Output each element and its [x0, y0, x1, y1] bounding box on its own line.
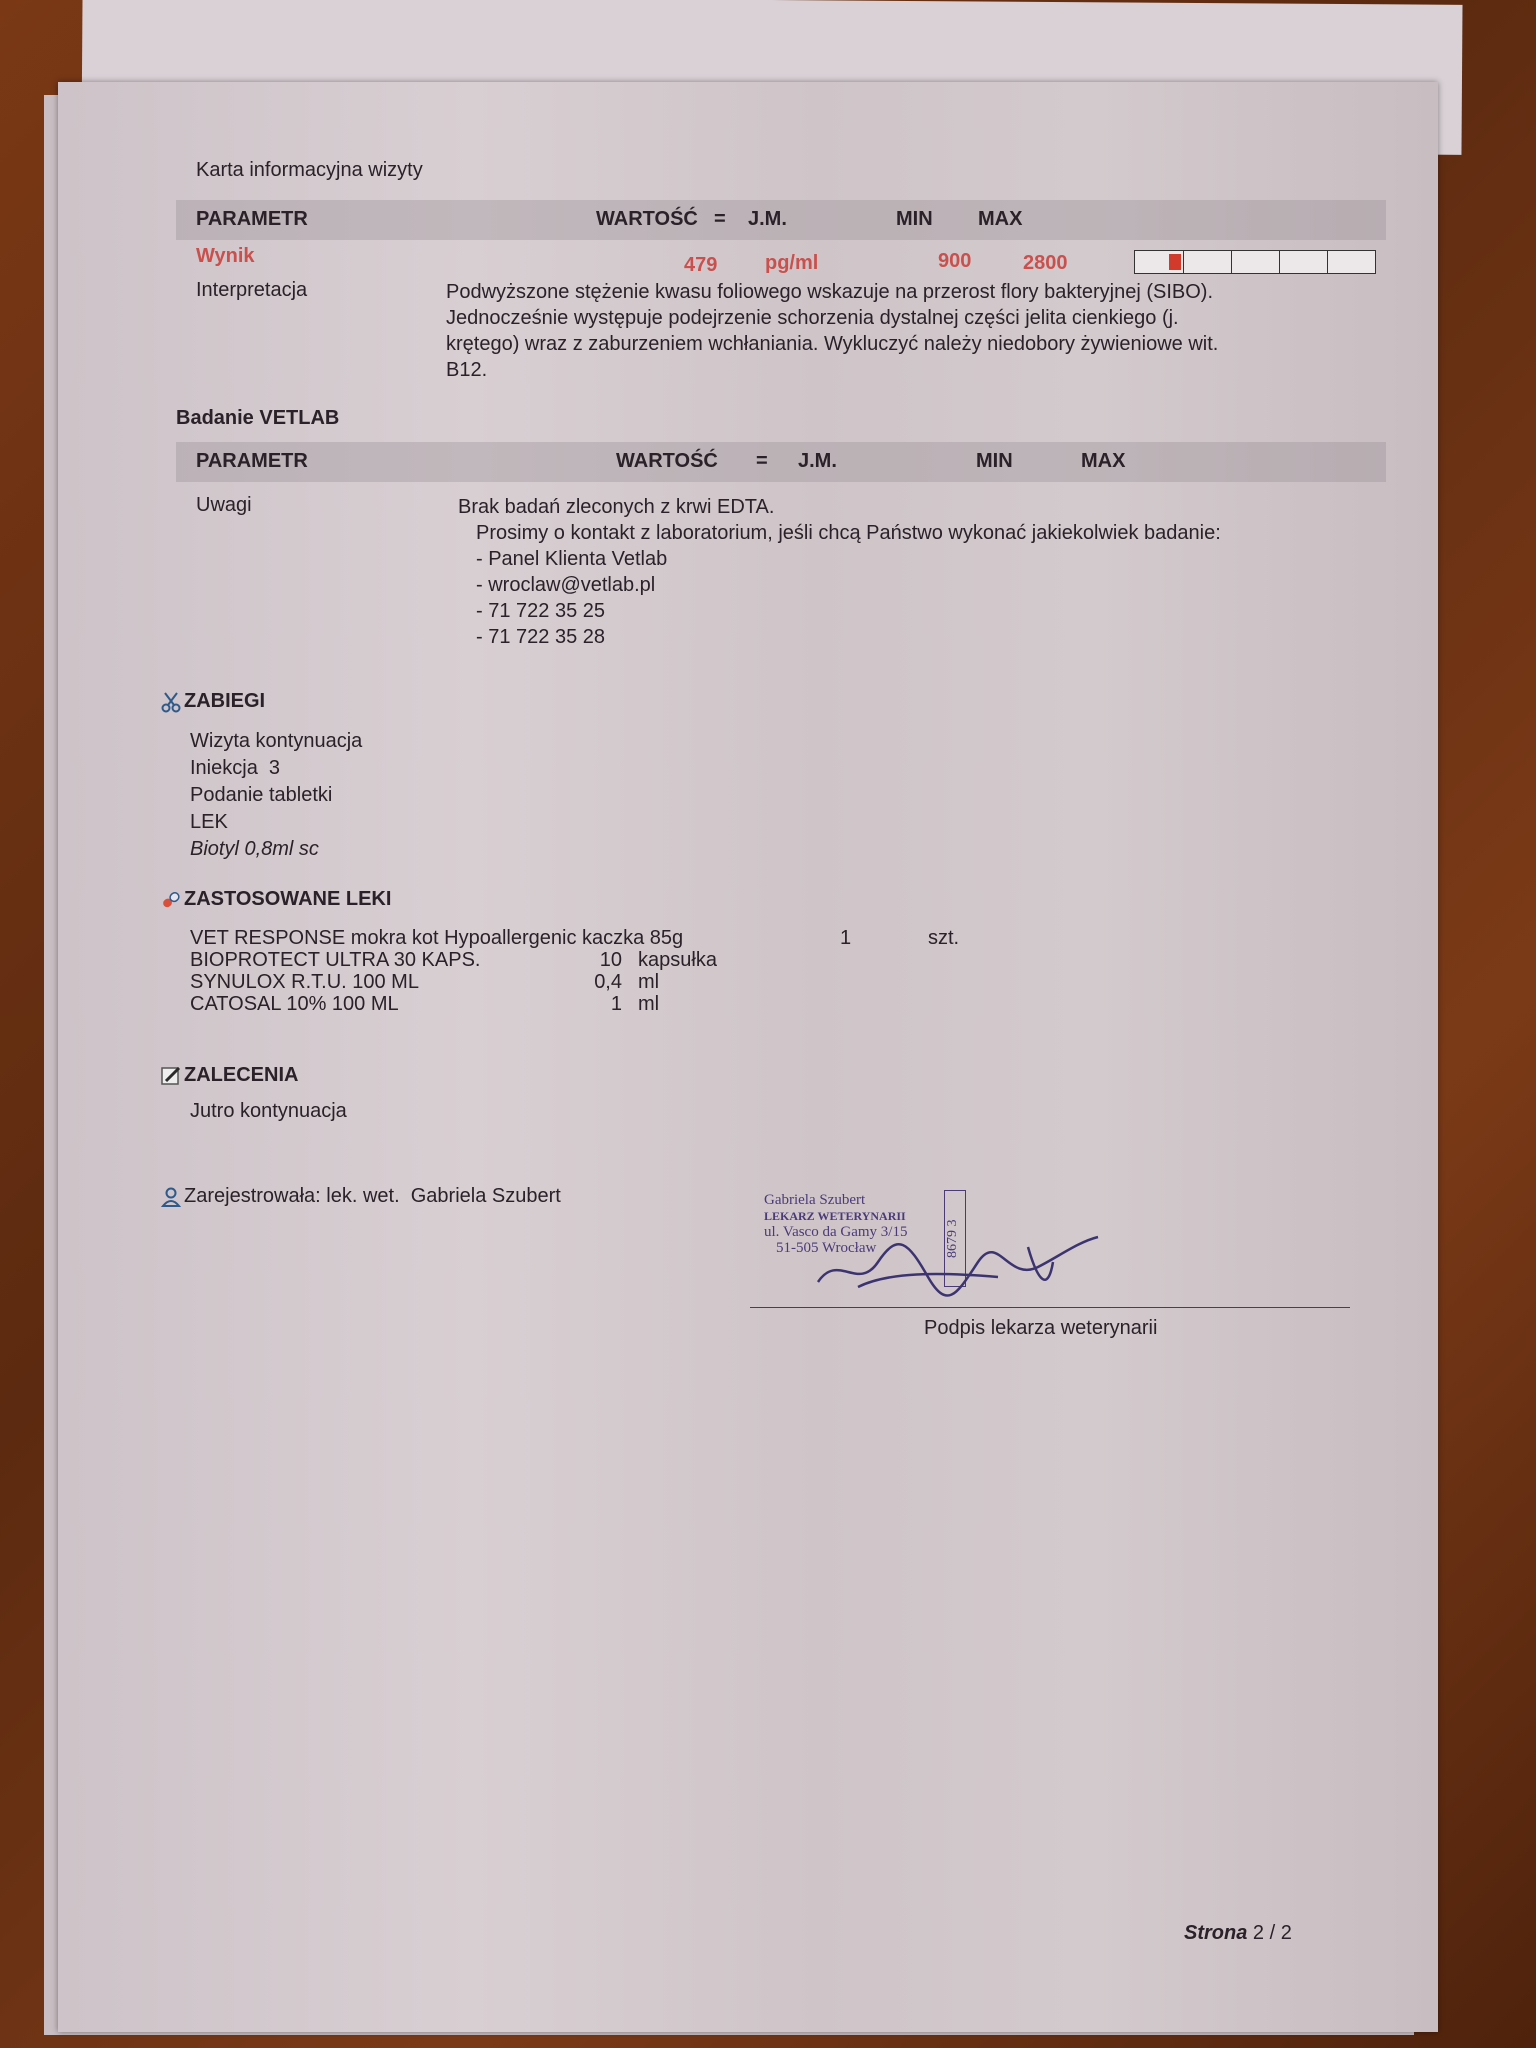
- procedures-list: Wizyta kontynuacja Iniekcja 3 Podanie ta…: [190, 728, 362, 863]
- range-marker: [1169, 254, 1181, 270]
- medication-row: VET RESPONSE mokra kot Hypoallergenic ka…: [190, 925, 1090, 947]
- medications-title: ZASTOSOWANE LEKI: [184, 888, 391, 910]
- stamp-line: Gabriela Szubert: [764, 1192, 907, 1208]
- page-label: Strona: [1184, 1922, 1247, 1944]
- pencil-icon: [160, 1065, 182, 1087]
- medication-qty: 1: [582, 991, 622, 1018]
- notes-line: Prosimy o kontakt z laboratorium, jeśli …: [476, 520, 1378, 546]
- result-value: 479: [684, 254, 717, 277]
- interpretation-line: krętego) wraz z zaburzeniem wchłaniania.…: [446, 331, 1366, 357]
- header-value: WARTOŚĆ: [616, 450, 718, 473]
- page-current: 2: [1253, 1922, 1264, 1944]
- medication-unit: ml: [638, 991, 659, 1018]
- signature-label: Podpis lekarza weterynarii: [924, 1317, 1157, 1340]
- medications-list: VET RESPONSE mokra kot Hypoallergenic ka…: [190, 925, 1090, 1013]
- document-page: Karta informacyjna wizyty PARAMETR WARTO…: [58, 82, 1438, 2032]
- medication-row: SYNULOX R.T.U. 100 ML0,4ml: [190, 969, 1090, 991]
- registered-text: Zarejestrowała: lek. wet. Gabriela Szube…: [184, 1185, 561, 1207]
- recommendations-header: ZALECENIA: [160, 1064, 298, 1087]
- header-parameter: PARAMETR: [196, 450, 308, 473]
- notes-line: - 71 722 35 25: [476, 598, 1378, 624]
- result-name: Wynik: [196, 245, 255, 268]
- page-number: Strona 2 / 2: [1184, 1922, 1292, 1945]
- header-max: MAX: [978, 208, 1022, 231]
- header-eq: =: [756, 450, 768, 473]
- notes-line: - 71 722 35 28: [476, 624, 1378, 650]
- medication-row: BIOPROTECT ULTRA 30 KAPS.10kapsułka: [190, 947, 1090, 969]
- header-value: WARTOŚĆ: [596, 208, 698, 231]
- interpretation-line: Podwyższone stężenie kwasu foliowego wsk…: [446, 279, 1366, 305]
- list-item: LEK: [190, 809, 362, 836]
- interpretation-text: Podwyższone stężenie kwasu foliowego wsk…: [446, 279, 1366, 383]
- signature: [798, 1222, 1158, 1302]
- result-unit: pg/ml: [765, 252, 818, 275]
- notes-line: - Panel Klienta Vetlab: [476, 546, 1378, 572]
- header-unit: J.M.: [798, 450, 837, 473]
- procedures-header: ZABIEGI: [160, 690, 265, 713]
- vetlab-table-header: PARAMETR WARTOŚĆ = J.M. MIN MAX: [176, 442, 1386, 482]
- medications-header: ZASTOSOWANE LEKI: [160, 888, 391, 911]
- list-item: Iniekcja 3: [190, 755, 362, 782]
- document-title: Karta informacyjna wizyty: [196, 159, 423, 182]
- registered-by: Zarejestrowała: lek. wet. Gabriela Szube…: [160, 1185, 561, 1208]
- range-segment-divider: [1279, 251, 1280, 273]
- interpretation-label: Interpretacja: [196, 279, 307, 302]
- header-max: MAX: [1081, 450, 1125, 473]
- header-min: MIN: [976, 450, 1013, 473]
- result-table-header: PARAMETR WARTOŚĆ = J.M. MIN MAX: [176, 200, 1386, 240]
- recommendations-text: Jutro kontynuacja: [190, 1098, 347, 1125]
- header-unit: J.M.: [748, 208, 787, 231]
- notes-line: - wroclaw@vetlab.pl: [476, 572, 1378, 598]
- interpretation-line: B12.: [446, 357, 1366, 383]
- pill-icon: [160, 889, 182, 911]
- user-icon: [160, 1186, 182, 1208]
- page-total: / 2: [1270, 1922, 1292, 1944]
- notes-label: Uwagi: [196, 494, 252, 517]
- signature-line: [750, 1307, 1350, 1308]
- result-min: 900: [938, 250, 971, 273]
- header-min: MIN: [896, 208, 933, 231]
- header-parameter: PARAMETR: [196, 208, 308, 231]
- list-item: Biotyl 0,8ml sc: [190, 836, 362, 863]
- header-eq: =: [714, 208, 726, 231]
- interpretation-line: Jednocześnie występuje podejrzenie schor…: [446, 305, 1366, 331]
- list-item: Wizyta kontynuacja: [190, 728, 362, 755]
- scissors-icon: [160, 691, 182, 713]
- vetlab-title: Badanie VETLAB: [176, 407, 339, 430]
- range-segment-divider: [1327, 251, 1328, 273]
- list-item: Podanie tabletki: [190, 782, 362, 809]
- range-indicator-bar: [1134, 250, 1376, 274]
- range-segment-divider: [1231, 251, 1232, 273]
- medication-name: CATOSAL 10% 100 ML: [190, 991, 399, 1018]
- notes-line: Brak badań zleconych z krwi EDTA.: [458, 494, 1378, 520]
- procedures-title: ZABIEGI: [184, 690, 265, 712]
- notes-text: Brak badań zleconych z krwi EDTA. Prosim…: [458, 494, 1378, 650]
- result-max: 2800: [1023, 252, 1068, 275]
- recommendations-title: ZALECENIA: [184, 1064, 298, 1086]
- range-segment-divider: [1183, 251, 1184, 273]
- medication-row: CATOSAL 10% 100 ML1ml: [190, 991, 1090, 1013]
